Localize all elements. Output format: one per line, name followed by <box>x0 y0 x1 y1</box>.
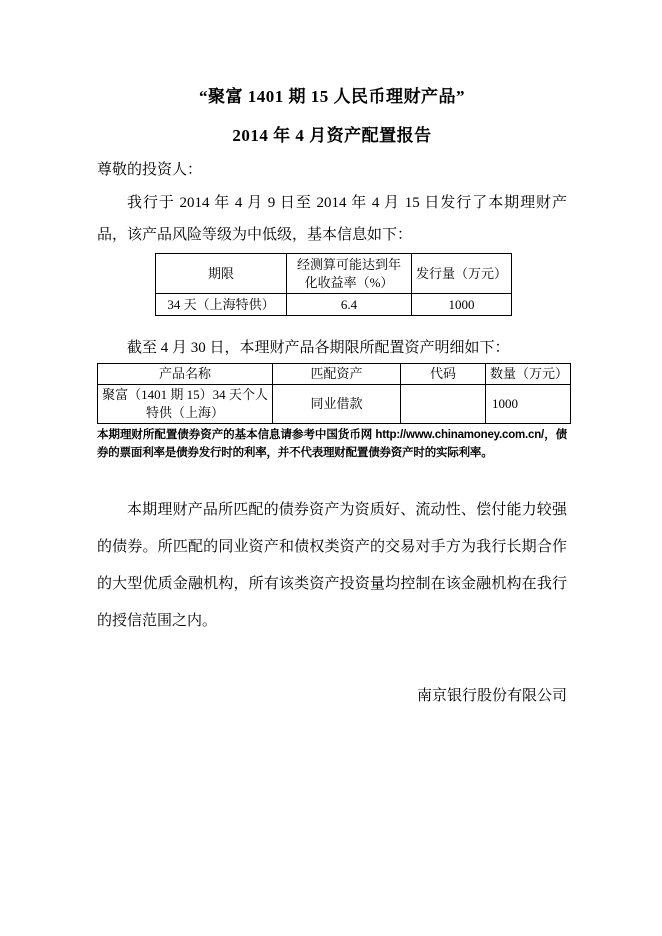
body-paragraph: 本期理财产品所匹配的债券资产为资质好、流动性、偿付能力较强的债券。所匹配的同业资… <box>97 492 567 640</box>
header-quantity: 数量（万元） <box>486 364 571 385</box>
document-page: “聚富 1401 期 15 人民币理财产品” 2014 年 4 月资产配置报告 … <box>0 0 662 936</box>
basic-info-header-row: 期限 经测算可能达到年化收益率（%） 发行量（万元） <box>156 254 512 294</box>
detail-intro-paragraph: 截至 4 月 30 日，本理财产品各期限所配置资产明细如下： <box>97 337 567 359</box>
asset-detail-data-row: 聚富（1401 期 15）34 天个人特供（上海） 同业借款 1000 <box>98 385 571 424</box>
cell-product-name: 聚富（1401 期 15）34 天个人特供（上海） <box>98 385 273 424</box>
greeting-line: 尊敬的投资人： <box>97 160 567 181</box>
cell-code <box>401 385 486 424</box>
basic-info-table: 期限 经测算可能达到年化收益率（%） 发行量（万元） 34 天（上海特供） 6.… <box>155 253 512 316</box>
asset-detail-table: 产品名称 匹配资产 代码 数量（万元） 聚富（1401 期 15）34 天个人特… <box>97 363 571 424</box>
basic-info-data-row: 34 天（上海特供） 6.4 1000 <box>156 294 512 316</box>
intro-paragraph: 我行于 2014 年 4 月 9 日至 2014 年 4 月 15 日发行了本期… <box>97 187 567 251</box>
bond-info-footnote: 本期理财所配置债券资产的基本信息请参考中国货币网 http://www.chin… <box>97 426 567 462</box>
header-matched-asset: 匹配资产 <box>273 364 401 385</box>
report-subtitle: 2014 年 4 月资产配置报告 <box>97 125 567 147</box>
cell-issue-volume: 1000 <box>412 294 512 316</box>
cell-matched-asset: 同业借款 <box>273 385 401 424</box>
cell-quantity: 1000 <box>486 385 571 424</box>
document-title: “聚富 1401 期 15 人民币理财产品” <box>97 86 567 108</box>
cell-expected-yield: 6.4 <box>287 294 412 316</box>
asset-detail-header-row: 产品名称 匹配资产 代码 数量（万元） <box>98 364 571 385</box>
header-term: 期限 <box>156 254 287 294</box>
company-signature: 南京银行股份有限公司 <box>97 686 567 706</box>
header-code: 代码 <box>401 364 486 385</box>
header-expected-yield: 经测算可能达到年化收益率（%） <box>287 254 412 294</box>
cell-term: 34 天（上海特供） <box>156 294 287 316</box>
header-product-name: 产品名称 <box>98 364 273 385</box>
header-issue-volume: 发行量（万元） <box>412 254 512 294</box>
